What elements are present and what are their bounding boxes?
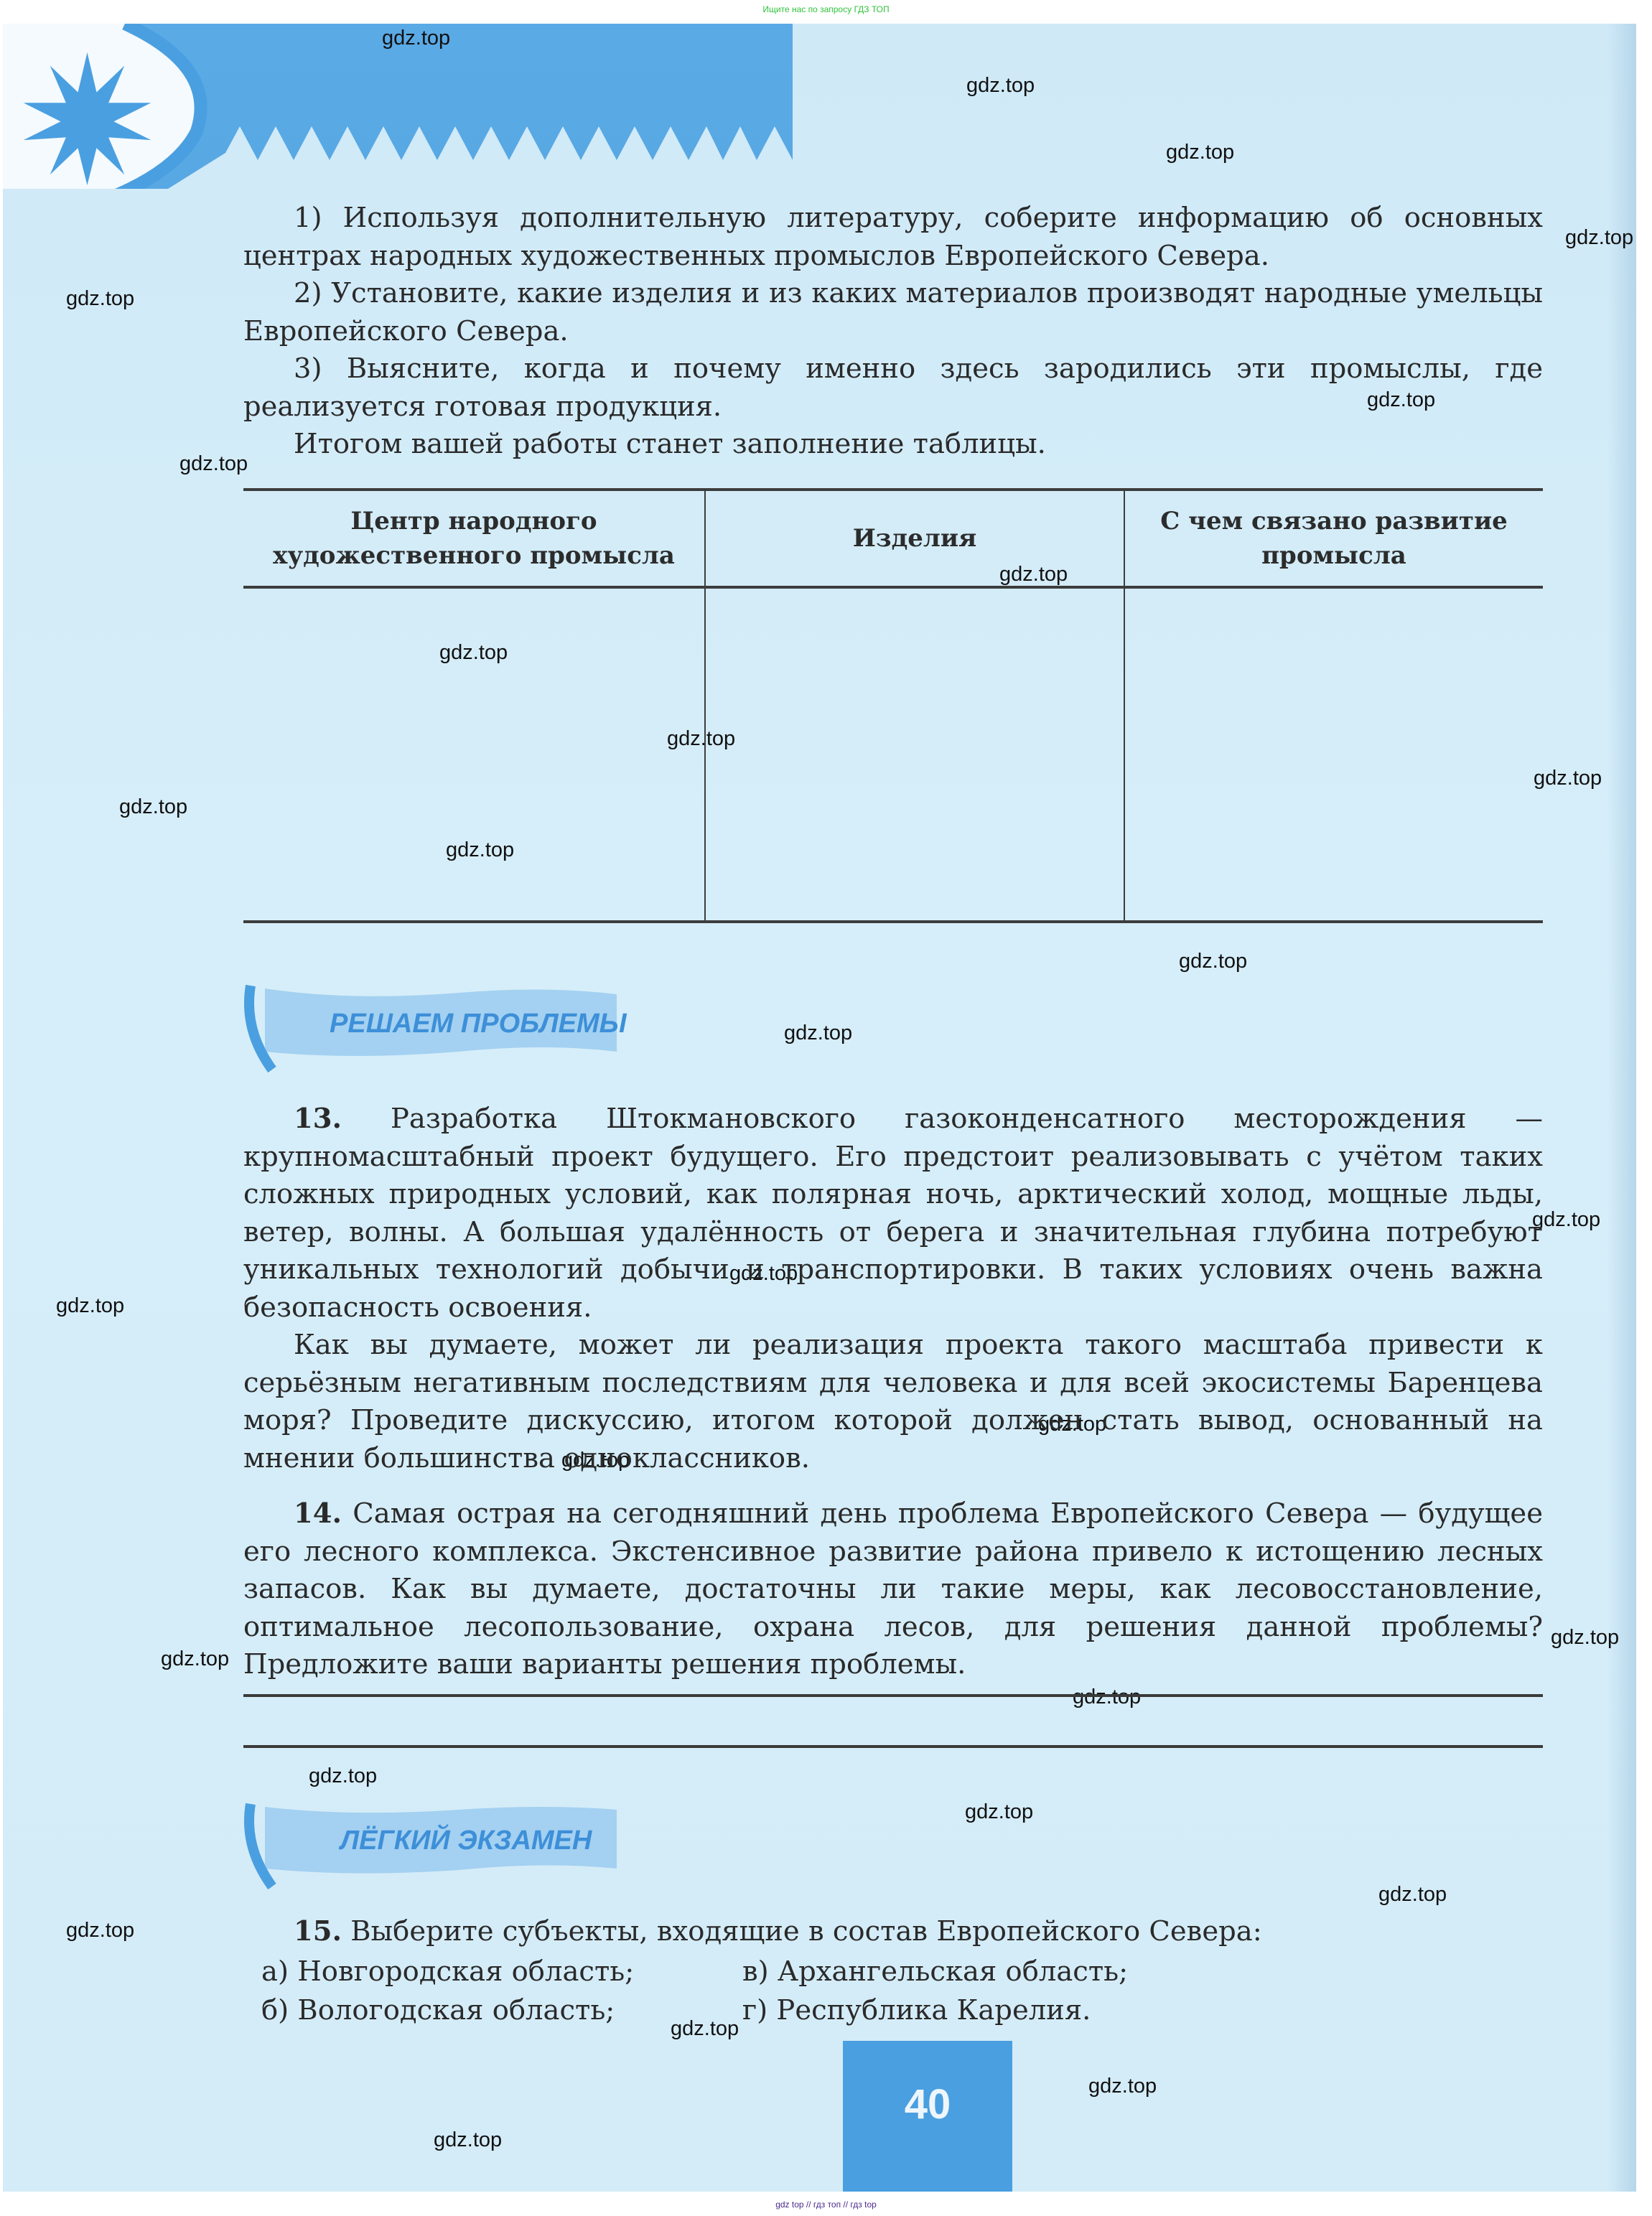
task-14-number: 14.	[294, 1497, 342, 1530]
section-title-exam: ЛЁГКИЙ ЭКЗАМЕН	[340, 1825, 592, 1856]
task-14-text: Самая острая на сегодняшний день проблем…	[243, 1497, 1543, 1680]
task-14: 14. Самая острая на сегодняшний день про…	[243, 1495, 1543, 1684]
task-13: 13. Разработка Штокмановского газоконден…	[243, 1100, 1543, 1477]
watermark: gdz.top	[784, 1021, 852, 1045]
page-number-tab: 40	[843, 2041, 1012, 2192]
bottom-banner: gdz top // гдз топ // гдз top	[0, 2199, 1652, 2210]
page-edge-shadow	[1607, 24, 1636, 2192]
section-title-problems: РЕШАЕМ ПРОБЛЕМЫ	[330, 1009, 627, 1039]
watermark: gdz.top	[965, 1800, 1033, 1824]
watermark: gdz.top	[56, 1294, 124, 1318]
watermark: gdz.top	[1565, 226, 1633, 250]
task-15-number: 15.	[294, 1915, 342, 1948]
table-row	[243, 587, 1543, 922]
watermark: gdz.top	[434, 2128, 502, 2152]
option-v[interactable]: в) Архангельская область;	[742, 1953, 1128, 1991]
step-1: 1) Используя дополнительную литературу, …	[243, 200, 1543, 275]
task-15-question: Выберите субъекты, входящие в состав Евр…	[350, 1915, 1261, 1948]
option-a[interactable]: а) Новгородская область;	[261, 1953, 742, 1991]
table-header-row: Центр народного художественного промысла…	[243, 490, 1543, 587]
star-icon	[21, 52, 154, 185]
watermark: gdz.top	[66, 287, 134, 311]
task-15-options: а) Новгородская область; в) Архангельска…	[261, 1953, 1128, 2030]
option-b[interactable]: б) Вологодская область;	[261, 1991, 742, 2030]
answer-line-2[interactable]	[243, 1745, 1543, 1748]
watermark: gdz.top	[1179, 950, 1247, 973]
column-header-development-reason: С чем связано развитие промысла	[1124, 490, 1543, 587]
watermark: gdz.top	[179, 452, 248, 476]
answer-line-1[interactable]	[243, 1694, 1543, 1697]
table-intro: Итогом вашей работы станет заполнение та…	[243, 426, 1543, 464]
step-3: 3) Выясните, когда и почему именно здесь…	[243, 350, 1543, 426]
textbook-page: gdz.top gdz.top gdz.top gdz.top gdz.top …	[3, 24, 1636, 2192]
option-g[interactable]: г) Республика Карелия.	[742, 1991, 1091, 2030]
step-2: 2) Установите, какие изделия и из каких …	[243, 275, 1543, 350]
task-13-text: Разработка Штокмановского газоконденсатн…	[243, 1103, 1543, 1324]
task-13-number: 13.	[294, 1103, 342, 1135]
watermark: gdz.top	[1551, 1626, 1619, 1650]
watermark: gdz.top	[66, 1919, 134, 1942]
column-header-center: Центр народного художественного промысла	[243, 490, 705, 587]
watermark: gdz.top	[1073, 1686, 1141, 1709]
watermark: gdz.top	[1378, 1883, 1447, 1907]
watermark: gdz.top	[382, 27, 450, 50]
watermark: gdz.top	[161, 1647, 229, 1671]
table-cell-center[interactable]	[243, 587, 705, 922]
page-number: 40	[843, 2080, 1012, 2128]
table-cell-products[interactable]	[705, 587, 1124, 922]
section-ribbon-problems: РЕШАЕМ ПРОБЛЕМЫ	[243, 980, 674, 1066]
crafts-table: Центр народного художественного промысла…	[243, 488, 1543, 923]
table-cell-development-reason[interactable]	[1124, 587, 1543, 922]
watermark: gdz.top	[1534, 767, 1602, 790]
task-15: 15. Выберите субъекты, входящие в состав…	[243, 1913, 1543, 1951]
watermark: gdz.top	[119, 795, 187, 819]
watermark: gdz.top	[966, 74, 1035, 98]
header-decoration	[3, 24, 1636, 189]
column-header-products: Изделия	[705, 490, 1124, 587]
section-ribbon-exam: ЛЁГКИЙ ЭКЗАМЕН	[243, 1797, 674, 1883]
watermark: gdz.top	[1166, 141, 1234, 164]
task-13-question: Как вы думаете, может ли реализация прое…	[243, 1327, 1543, 1477]
watermark: gdz.top	[309, 1764, 377, 1788]
watermark: gdz.top	[1088, 2075, 1157, 2098]
top-banner: Ищите нас по запросу ГДЗ ТОП	[0, 4, 1652, 14]
intro-steps: 1) Используя дополнительную литературу, …	[243, 200, 1543, 464]
